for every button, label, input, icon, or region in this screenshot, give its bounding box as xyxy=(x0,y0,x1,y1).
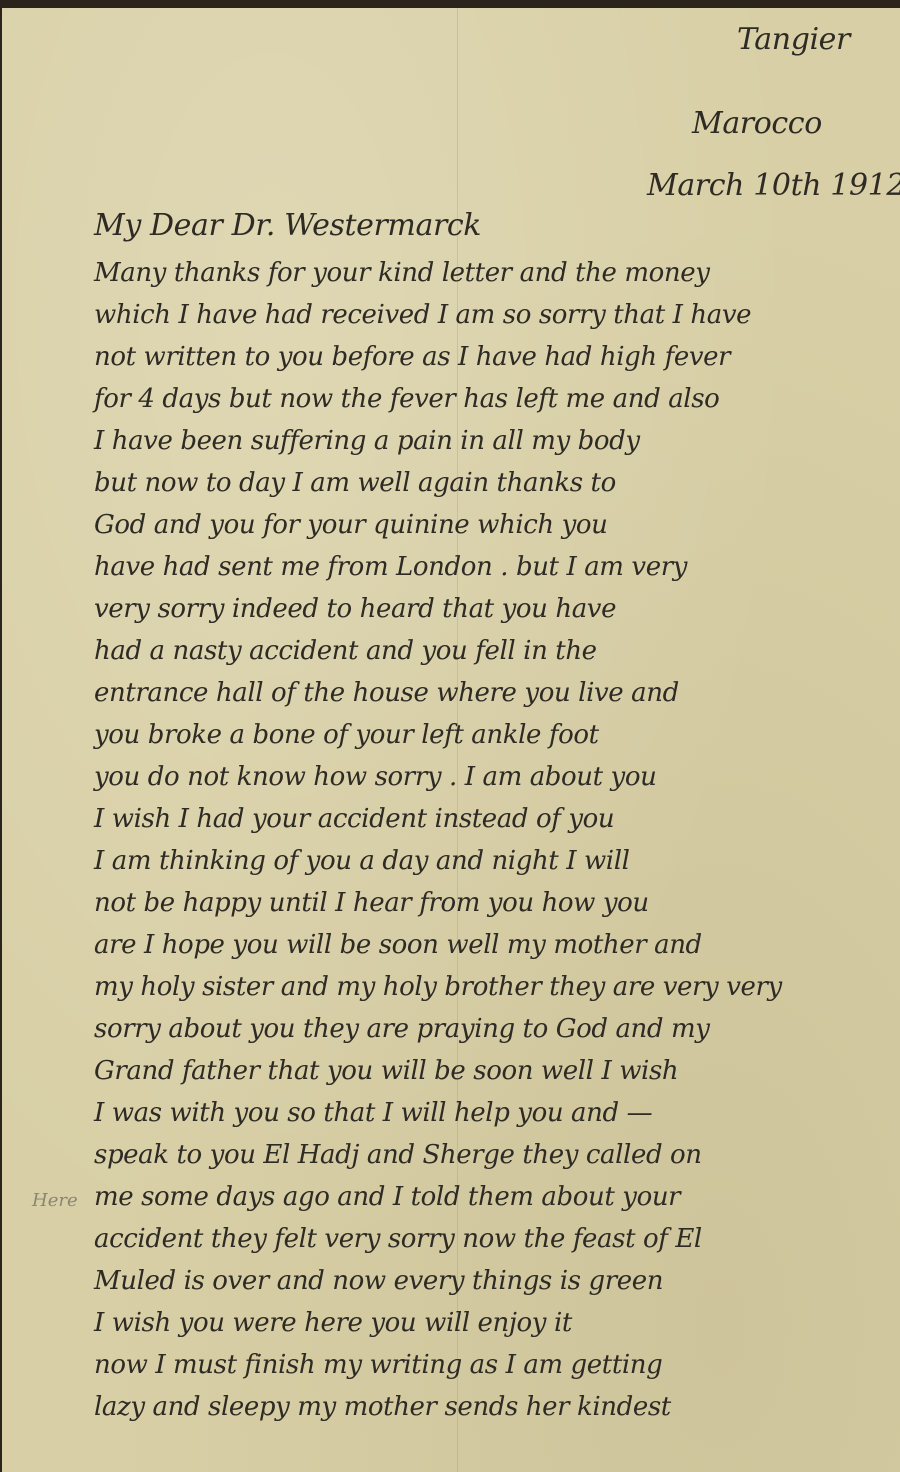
body-line: very sorry indeed to heard that you have xyxy=(94,594,616,624)
body-line: accident they felt very sorry now the fe… xyxy=(94,1224,702,1254)
body-line: you do not know how sorry . I am about y… xyxy=(94,762,656,792)
body-line: Grand father that you will be soon well … xyxy=(94,1056,678,1086)
heading-city: Tangier xyxy=(737,22,850,57)
margin-note: Here xyxy=(32,1190,78,1211)
body-line: me some days ago and I told them about y… xyxy=(94,1182,680,1212)
body-line: not be happy until I hear from you how y… xyxy=(94,888,649,918)
body-line: speak to you El Hadj and Sherge they cal… xyxy=(94,1140,702,1170)
body-line: Many thanks for your kind letter and the… xyxy=(94,258,710,288)
heading-date: March 10th 1912 xyxy=(647,168,900,203)
body-line: I wish you were here you will enjoy it xyxy=(94,1308,572,1338)
body-line: you broke a bone of your left ankle foot xyxy=(94,720,599,750)
body-line: but now to day I am well again thanks to xyxy=(94,468,616,498)
body-line: for 4 days but now the fever has left me… xyxy=(94,384,719,414)
body-line: are I hope you will be soon well my moth… xyxy=(94,930,702,960)
body-line: I have been suffering a pain in all my b… xyxy=(94,426,640,456)
body-line: sorry about you they are praying to God … xyxy=(94,1014,710,1044)
body-line: now I must finish my writing as I am get… xyxy=(94,1350,662,1380)
body-line: have had sent me from London . but I am … xyxy=(94,552,687,582)
body-line: had a nasty accident and you fell in the xyxy=(94,636,597,666)
body-line: God and you for your quinine which you xyxy=(94,510,608,540)
body-line: lazy and sleepy my mother sends her kind… xyxy=(94,1392,671,1422)
body-line: Muled is over and now every things is gr… xyxy=(94,1266,663,1296)
body-line: entrance hall of the house where you liv… xyxy=(94,678,679,708)
body-line: I was with you so that I will help you a… xyxy=(94,1098,652,1128)
body-line: not written to you before as I have had … xyxy=(94,342,730,372)
salutation: My Dear Dr. Westermarck xyxy=(94,208,481,243)
body-line: my holy sister and my holy brother they … xyxy=(94,972,782,1002)
letter-page: Tangier Marocco March 10th 1912 My Dear … xyxy=(2,8,900,1472)
body-line: I am thinking of you a day and night I w… xyxy=(94,846,630,876)
heading-country: Marocco xyxy=(692,106,822,141)
body-line: I wish I had your accident instead of yo… xyxy=(94,804,614,834)
body-line: which I have had received I am so sorry … xyxy=(94,300,751,330)
